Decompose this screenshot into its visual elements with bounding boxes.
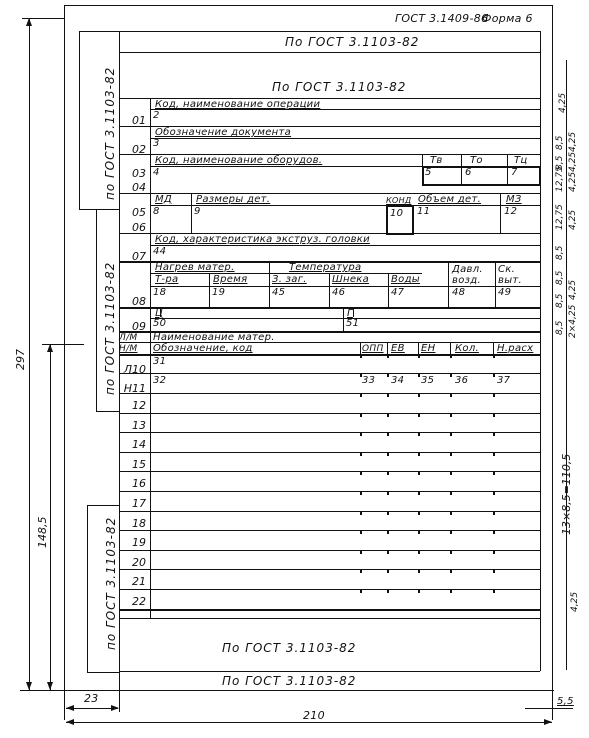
side-box-lower <box>87 505 88 672</box>
dim-r4b: 4,25 <box>568 172 578 192</box>
dim-r7b: 8,5 <box>555 294 565 308</box>
rule <box>388 274 389 307</box>
arrow <box>111 705 119 711</box>
arrow <box>47 682 53 690</box>
volume-value[interactable]: 11 <box>417 207 430 217</box>
mz-value[interactable]: 12 <box>504 207 517 217</box>
rule <box>119 354 540 356</box>
column-tick <box>450 374 452 377</box>
sizes-label: Размеры дет. <box>196 195 270 205</box>
extruder-value[interactable]: 44 <box>153 247 166 257</box>
column-tick <box>450 531 452 534</box>
operation-value[interactable]: 2 <box>153 111 160 121</box>
sheet-left-edge <box>64 5 65 720</box>
column-tick <box>360 590 362 593</box>
dim-r9: 13×8,5=110,5 <box>560 454 573 535</box>
column-tick <box>418 512 420 515</box>
row-20: 20 <box>116 556 146 569</box>
dim-210-line <box>66 722 552 723</box>
footer-ref-1: По ГОСТ 3.1103-82 <box>222 643 356 653</box>
temperature-label: Температура <box>289 263 362 273</box>
rule <box>119 618 540 619</box>
row-12: 12 <box>116 399 146 412</box>
dim-r7c: 4,25 <box>568 280 578 300</box>
column-tick <box>360 551 362 554</box>
arrow <box>47 344 53 352</box>
column-tick <box>493 374 495 377</box>
row-15: 15 <box>116 458 146 471</box>
column-tick <box>387 492 389 495</box>
column-tick <box>418 414 420 417</box>
column-tick <box>450 453 452 456</box>
row-19: 19 <box>116 536 146 549</box>
rule <box>150 109 540 110</box>
ev-label: ЕВ <box>391 344 405 354</box>
rule <box>150 205 540 206</box>
material-code-label: Обозначение, код <box>153 344 253 354</box>
column-tick <box>418 531 420 534</box>
form-top <box>119 31 540 32</box>
time-value[interactable]: 19 <box>212 288 225 298</box>
rule <box>450 343 451 354</box>
sheet-top-edge <box>64 5 552 6</box>
column-tick <box>360 570 362 573</box>
form-label: Форма 6 <box>482 14 533 24</box>
time-label: Время <box>213 275 247 285</box>
column-tick <box>418 551 420 554</box>
r11-value-34[interactable]: 34 <box>391 376 404 386</box>
dim-5-5: 5,5 <box>557 697 574 707</box>
arrow <box>26 682 32 690</box>
side-box-middle <box>96 209 97 411</box>
column-tick <box>418 433 420 436</box>
column-tick <box>493 531 495 534</box>
row-rule <box>119 452 540 453</box>
column-tick <box>493 551 495 554</box>
dim-right-line <box>566 60 567 670</box>
rule <box>329 274 330 307</box>
document-label: Обозначение документа <box>155 128 291 138</box>
column-tick <box>493 433 495 436</box>
dim-r5a: 12,75 <box>555 204 565 230</box>
rule <box>353 308 354 317</box>
column-tick <box>493 414 495 417</box>
c-value[interactable]: 50 <box>153 319 166 329</box>
rule <box>79 31 119 32</box>
column-tick <box>450 551 452 554</box>
row-13: 13 <box>116 419 146 432</box>
column-tick <box>450 433 452 436</box>
column-tick <box>418 453 420 456</box>
volume-label: Объем дет. <box>418 195 481 205</box>
form-right <box>540 31 541 671</box>
tc-label: Тц <box>514 156 528 166</box>
en-label: ЕН <box>421 344 435 354</box>
row-rule <box>119 432 540 433</box>
footer-ref-2: По ГОСТ 3.1103-82 <box>222 676 356 686</box>
to-label: То <box>470 156 483 166</box>
column-tick <box>493 570 495 573</box>
column-tick <box>360 512 362 515</box>
dim-5-5-line <box>525 708 573 709</box>
md-value[interactable]: 8 <box>153 207 160 217</box>
column-tick <box>360 492 362 495</box>
row-rule <box>119 413 540 414</box>
r11-value-32[interactable]: 32 <box>153 376 166 386</box>
dim-148-line <box>50 344 51 690</box>
column-tick <box>387 453 389 456</box>
rule <box>119 609 540 611</box>
column-tick <box>450 355 452 358</box>
dim-297-line <box>29 18 30 690</box>
standard-label: ГОСТ 3.1409-86 <box>395 14 488 24</box>
top-ref: По ГОСТ 3.1103-82 <box>285 37 419 47</box>
row-18: 18 <box>116 517 146 530</box>
r11-value-35[interactable]: 35 <box>421 376 434 386</box>
arrow <box>66 719 74 725</box>
row-05: 05 <box>116 206 146 219</box>
column-tick <box>418 472 420 475</box>
column-tick <box>450 394 452 397</box>
dim-r5b: 4,25 <box>568 210 578 230</box>
rule <box>418 343 419 354</box>
column-tick <box>387 394 389 397</box>
column-tick <box>493 355 495 358</box>
rule <box>150 138 540 139</box>
t-value[interactable]: 18 <box>153 288 166 298</box>
dim-148-5: 148,5 <box>36 517 49 549</box>
column-tick <box>387 570 389 573</box>
row-rule <box>119 471 540 472</box>
rule <box>160 308 161 317</box>
row-22: 22 <box>116 595 146 608</box>
column-tick <box>387 472 389 475</box>
column-tick <box>387 374 389 377</box>
rule <box>119 307 540 309</box>
column-tick <box>418 590 420 593</box>
column-tick <box>360 394 362 397</box>
rule <box>387 343 388 354</box>
rule <box>500 193 501 233</box>
pressure-value[interactable]: 48 <box>452 288 465 298</box>
rule <box>150 245 540 246</box>
pressure-label: Давл. возд. <box>452 264 492 286</box>
column-tick <box>450 512 452 515</box>
rule <box>119 393 540 394</box>
column-tick <box>387 433 389 436</box>
zag-label: З. заг. <box>272 275 307 285</box>
rule <box>64 690 554 691</box>
rule <box>119 671 540 672</box>
extruder-label: Код, характеристика экструз. головки <box>155 235 370 245</box>
title-ref: По ГОСТ 3.1103-82 <box>272 82 406 92</box>
column-tick <box>387 414 389 417</box>
dim-r1: 4,25 <box>558 93 568 113</box>
column-tick <box>418 492 420 495</box>
column-tick <box>493 590 495 593</box>
row-rule <box>119 511 540 512</box>
rule <box>119 672 120 712</box>
speed-label: Ск. выт. <box>498 264 533 286</box>
qty-label: Кол. <box>455 344 479 354</box>
zag-value[interactable]: 45 <box>272 288 285 298</box>
time-boxes <box>422 166 541 186</box>
dim-r4a: 12,75 <box>555 166 565 192</box>
side-ref-upper: по ГОСТ 3.1103-82 <box>103 67 117 200</box>
opp-label: ОПП <box>362 344 384 354</box>
column-tick <box>360 531 362 534</box>
column-tick <box>493 472 495 475</box>
column-tick <box>418 394 420 397</box>
rule <box>119 373 540 374</box>
row-number-divider <box>150 98 151 618</box>
column-tick <box>493 453 495 456</box>
column-tick <box>493 512 495 515</box>
dim-23: 23 <box>84 694 99 704</box>
rule <box>493 343 494 354</box>
rule <box>79 209 119 210</box>
to-value[interactable]: 6 <box>465 168 472 178</box>
dim-r8a: 8,5 <box>555 321 565 335</box>
column-tick <box>360 472 362 475</box>
screw-value[interactable]: 46 <box>332 288 345 298</box>
row-21: 21 <box>116 575 146 588</box>
rule <box>150 318 540 319</box>
arrow <box>544 719 552 725</box>
row-nm: Н/М <box>119 344 137 354</box>
dim-r3b: 4,25 <box>568 152 578 172</box>
row-16: 16 <box>116 477 146 490</box>
row-rule <box>119 491 540 492</box>
tv-label: Тв <box>430 156 443 166</box>
column-tick <box>360 414 362 417</box>
row-03: 03 <box>116 167 146 180</box>
column-tick <box>418 355 420 358</box>
arrow <box>26 18 32 26</box>
dim-r2a: 8,5 <box>555 136 565 150</box>
column-tick <box>418 374 420 377</box>
column-tick <box>387 355 389 358</box>
heat-label: Нагрев матер. <box>155 263 235 273</box>
side-box-upper <box>79 31 80 209</box>
dim-210: 210 <box>300 711 328 721</box>
row-17: 17 <box>116 497 146 510</box>
dim-r2b: 4,25 <box>568 132 578 152</box>
md-label: МД <box>155 195 172 205</box>
screw-label: Шнека <box>332 275 369 285</box>
column-tick <box>387 531 389 534</box>
column-tick <box>360 355 362 358</box>
t-label: Т-ра <box>155 275 178 285</box>
column-tick <box>450 492 452 495</box>
speed-value[interactable]: 49 <box>498 288 511 298</box>
r11-value-37[interactable]: 37 <box>497 376 510 386</box>
row-l10: Л10 <box>116 363 146 376</box>
column-tick <box>418 570 420 573</box>
column-tick <box>360 433 362 436</box>
row-14: 14 <box>116 438 146 451</box>
arrow <box>66 705 74 711</box>
equipment-label: Код, наименование оборудов. <box>155 156 322 166</box>
rule <box>448 262 449 307</box>
equipment-value[interactable]: 4 <box>153 168 160 178</box>
column-tick <box>360 453 362 456</box>
sheet-right-edge <box>552 5 553 720</box>
dim-297: 297 <box>14 349 27 370</box>
column-tick <box>450 472 452 475</box>
g-value[interactable]: 51 <box>346 319 359 329</box>
rule <box>191 193 192 233</box>
tv-value[interactable]: 5 <box>425 168 432 178</box>
row-rule <box>119 569 540 570</box>
rule <box>269 274 270 307</box>
mz-label: МЗ <box>506 195 522 205</box>
column-tick <box>360 374 362 377</box>
sizes-value[interactable]: 9 <box>194 207 201 217</box>
r10-value[interactable]: 31 <box>153 357 166 367</box>
r11-value-36[interactable]: 36 <box>455 376 468 386</box>
column-tick <box>493 394 495 397</box>
column-tick <box>387 590 389 593</box>
rule <box>87 672 119 673</box>
dim-r7a: 8,5 <box>555 271 565 285</box>
water-label: Воды <box>391 275 420 285</box>
row-rule <box>119 589 540 590</box>
row-rule <box>119 530 540 531</box>
rule <box>360 343 361 354</box>
side-ref-middle: по ГОСТ 3.1103-82 <box>103 262 117 395</box>
rule <box>119 52 540 53</box>
tc-value[interactable]: 7 <box>511 168 518 178</box>
rule <box>495 262 496 307</box>
r11-value-33[interactable]: 33 <box>362 376 375 386</box>
column-tick <box>387 512 389 515</box>
document-value[interactable]: 3 <box>153 139 160 149</box>
rule <box>343 308 344 331</box>
column-tick <box>493 492 495 495</box>
column-tick <box>387 551 389 554</box>
norm-label: Н.расх <box>497 344 533 354</box>
row-rule <box>119 550 540 551</box>
dim-r6: 8,5 <box>555 246 565 260</box>
water-value[interactable]: 47 <box>391 288 404 298</box>
column-tick <box>450 414 452 417</box>
column-tick <box>450 590 452 593</box>
rule <box>209 274 210 307</box>
column-tick <box>450 570 452 573</box>
kond-value[interactable]: 10 <box>390 209 403 219</box>
rule <box>87 505 119 506</box>
dim-r10: 4,25 <box>570 592 580 612</box>
dim-r8b: 2×4,25 <box>568 305 578 338</box>
